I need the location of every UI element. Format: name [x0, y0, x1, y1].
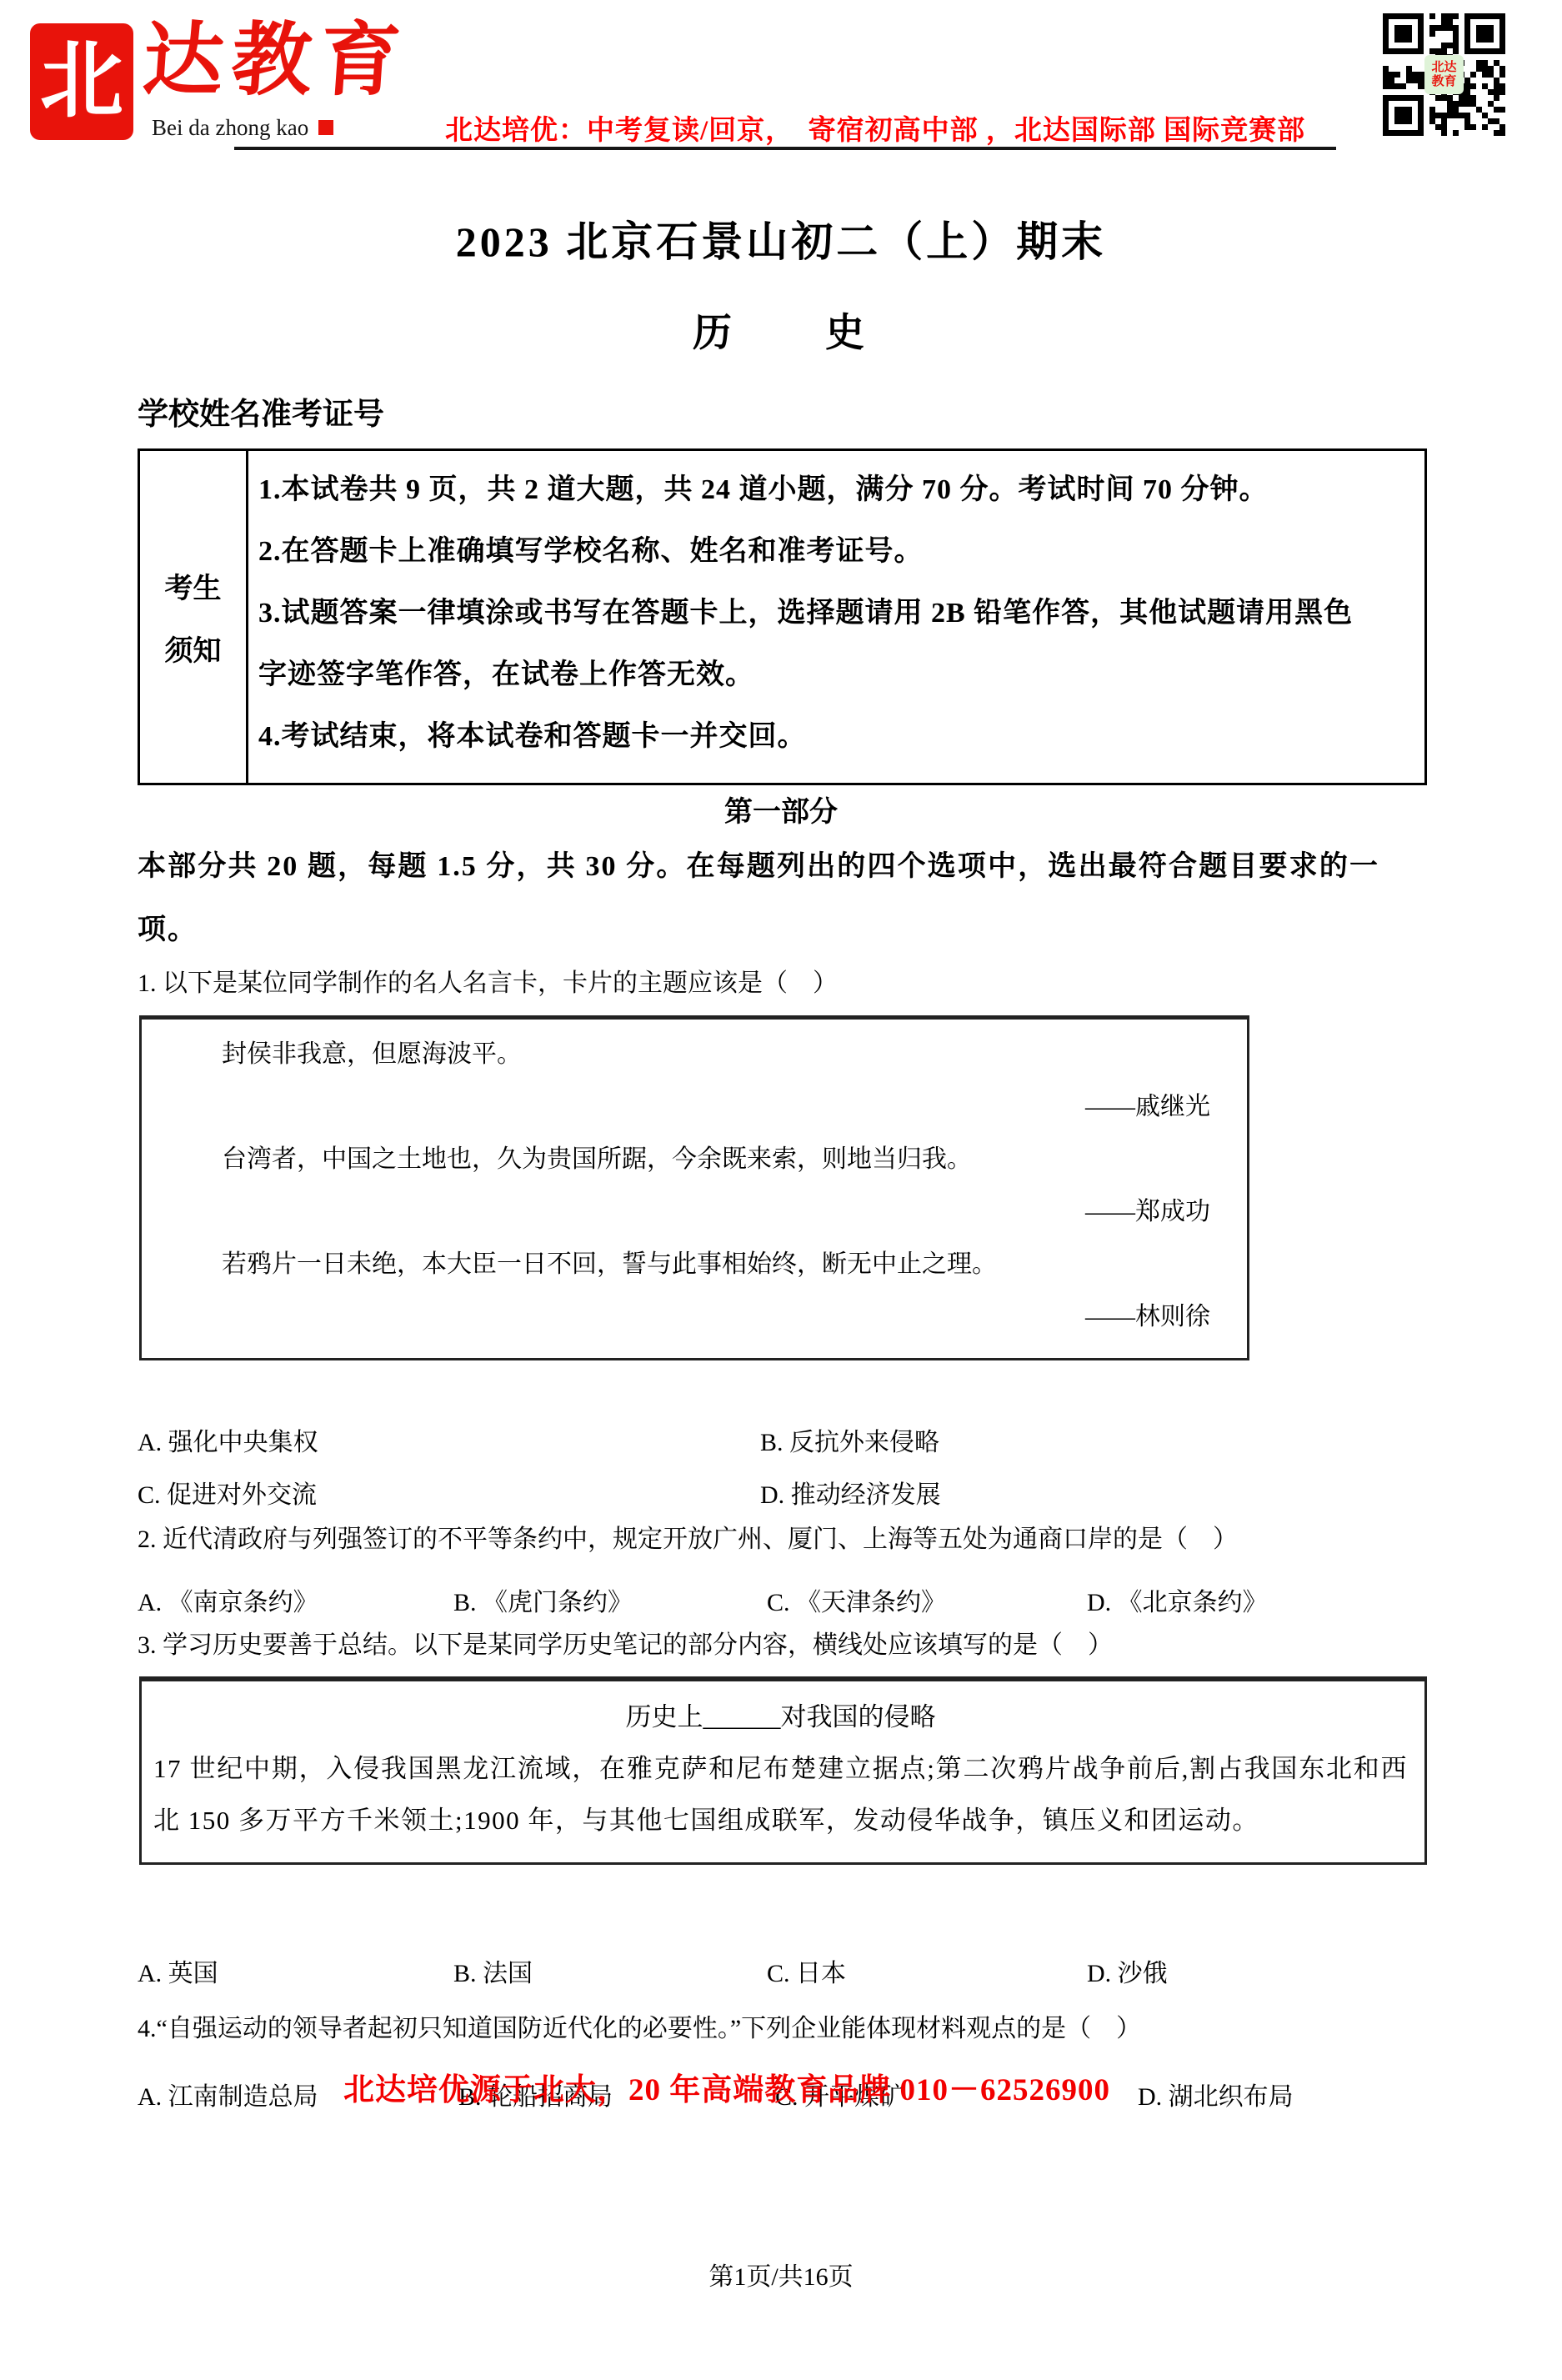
question3-stem: 3. 学习历史要善于总结。以下是某同学历史笔记的部分内容，横线处应该填写的是（ …: [138, 1629, 1113, 1662]
exam-title: 2023 北京石景山初二（上）期末: [0, 208, 1562, 268]
option-d: D. 《北京条约》: [1087, 1576, 1438, 1629]
qr-label-line2: 教育: [1431, 75, 1456, 89]
quote-author: ——林则徐: [142, 1290, 1247, 1343]
quote-author: ——戚继光: [142, 1080, 1247, 1133]
question2-stem: 2. 近代清政府与列强签订的不平等条约中，规定开放广州、厦门、上海等五处为通商口…: [138, 1523, 1238, 1556]
quote-text: 封侯非我意，但愿海波平。: [142, 1028, 1247, 1080]
notice-item: 3.试题答案一律填涂或书写在答题卡上，选择题请用 2B 铅笔作答，其他试题请用黑…: [258, 583, 1358, 706]
option-a: A. 强化中央集权: [138, 1416, 760, 1469]
seal-character: 北: [40, 40, 123, 123]
quote-author: ——郑成功: [142, 1185, 1247, 1238]
ad-watermark: 北达培优源于北大，20 年高端教育品牌 010－62526900: [343, 2064, 1110, 2109]
option-d: D. 湖北织布局: [1138, 2071, 1438, 2123]
notice-label-cell: 考生 须知: [140, 451, 248, 783]
option-c: C. 促进对外交流: [138, 1469, 760, 1521]
question1-options: A. 强化中央集权 B. 反抗外来侵略 C. 促进对外交流 D. 推动经济发展: [138, 1416, 1404, 1521]
question4-stem: 4.“自强运动的领导者起初只知道国防近代化的必要性。”下列企业能体现材料观点的是…: [138, 2012, 1141, 2046]
page-number: 第1页/共16页: [0, 2256, 1562, 2292]
note-title: 历史上______对我国的侵略: [153, 1691, 1408, 1743]
option-b: B. 反抗外来侵略: [760, 1416, 1404, 1469]
brand-subtitle-text: Bei da zhong kao: [152, 115, 308, 140]
option-c: C. 日本: [767, 1947, 1087, 2000]
school-name-line: 学校姓名准考证号: [138, 388, 384, 433]
question1-stem: 1. 以下是某位同学制作的名人名言卡，卡片的主题应该是（ ）: [138, 967, 838, 1000]
note-body: 17 世纪中期，入侵我国黑龙江流域，在雅克萨和尼布楚建立据点;第二次鸦片战争前后…: [153, 1743, 1408, 1846]
brand-subtitle: Bei da zhong kao: [152, 115, 333, 141]
notice-item: 2.在答题卡上准确填写学校名称、姓名和准考证号。: [258, 521, 1358, 583]
exam-subject: 历 史: [0, 302, 1562, 358]
question3-note-card: 历史上______对我国的侵略 17 世纪中期，入侵我国黑龙江流域，在雅克萨和尼…: [139, 1676, 1427, 1865]
qr-center-label: 北达 教育: [1424, 55, 1464, 94]
examinee-notice-table: 考生 须知 1.本试卷共 9 页，共 2 道大题，共 24 道小题，满分 70 …: [138, 448, 1427, 785]
part1-heading: 第一部分: [0, 789, 1562, 829]
qr-code: 北达 教育: [1383, 13, 1505, 136]
notice-item: 1.本试卷共 9 页，共 2 道大题，共 24 道小题，满分 70 分。考试时间…: [258, 459, 1358, 521]
qr-label-line1: 北达: [1431, 61, 1456, 75]
header-divider: [234, 147, 1336, 150]
quote-text: 台湾者，中国之土地也，久为贵国所踞，今余既来索，则地当归我。: [142, 1133, 1247, 1185]
question1-quote-card: 封侯非我意，但愿海波平。 ——戚继光 台湾者，中国之土地也，久为贵国所踞，今余既…: [139, 1015, 1249, 1360]
notice-item: 4.考试结束，将本试卷和答题卡一并交回。: [258, 706, 1358, 768]
option-b: B. 《虎门条约》: [453, 1576, 767, 1629]
question2-options: A. 《南京条约》 B. 《虎门条约》 C. 《天津条约》 D. 《北京条约》: [138, 1576, 1438, 1629]
header-slogan: 北达培优：中考复读/回京， 寄宿初高中部 ，北达国际部 国际竞赛部: [445, 108, 1305, 148]
exam-paper-page: 北 达教育 Bei da zhong kao 北达培优：中考复读/回京， 寄宿初…: [0, 0, 1562, 2380]
option-d: D. 推动经济发展: [760, 1469, 1404, 1521]
option-a: A. 英国: [138, 1947, 453, 2000]
option-d: D. 沙俄: [1087, 1947, 1438, 2000]
option-c: C. 《天津条约》: [767, 1576, 1087, 1629]
option-b: B. 法国: [453, 1947, 767, 2000]
red-square-icon: [318, 120, 333, 135]
notice-body-cell: 1.本试卷共 9 页，共 2 道大题，共 24 道小题，满分 70 分。考试时间…: [248, 451, 1424, 783]
option-a: A. 《南京条约》: [138, 1576, 453, 1629]
quote-text: 若鸦片一日未绝，本大臣一日不回，誓与此事相始终，断无中止之理。: [142, 1238, 1247, 1290]
notice-label-line2: 须知: [165, 628, 222, 669]
part1-intro: 本部分共 20 题，每题 1.5 分，共 30 分。在每题列出的四个选项中，选出…: [138, 835, 1379, 962]
notice-label-line1: 考生: [165, 565, 222, 606]
question3-options: A. 英国 B. 法国 C. 日本 D. 沙俄: [138, 1947, 1438, 2000]
brand-seal-logo: 北: [30, 23, 133, 140]
brand-wordmark: 达教育: [140, 17, 411, 105]
